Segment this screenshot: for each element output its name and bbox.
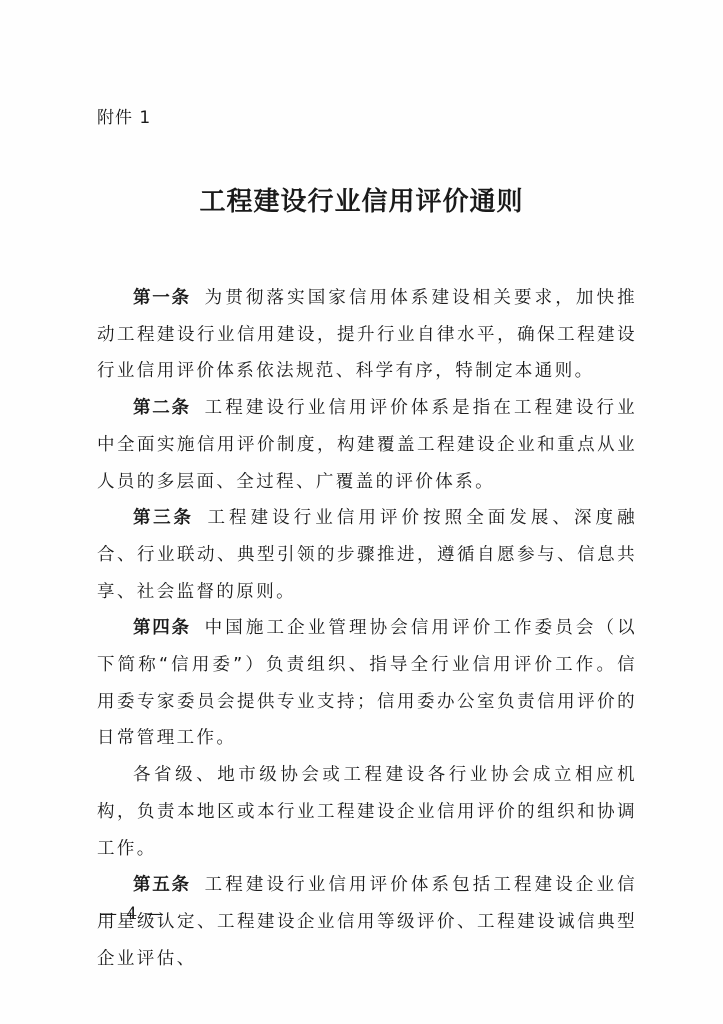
article-4: 第四条中国施工企业管理协会信用评价工作委员会（以下简称“信用委”）负责组织、指导… — [97, 610, 637, 757]
article-1: 第一条为贯彻落实国家信用体系建设相关要求，加快推动工程建设行业信用建设，提升行业… — [97, 280, 637, 390]
document-title: 工程建设行业信用评价通则 — [0, 181, 723, 218]
article-heading: 第五条 — [133, 875, 191, 895]
article-heading: 第一条 — [133, 288, 191, 308]
attachment-label: 附件 1 — [97, 103, 151, 128]
article-heading: 第四条 — [133, 618, 191, 638]
paragraph-text: 各省级、地市级协会或工程建设各行业协会成立相应机构，负责本地区或本行业工程建设企… — [97, 765, 637, 858]
article-5: 第五条工程建设行业信用评价体系包括工程建设企业信用星级认定、工程建设企业信用等级… — [97, 867, 637, 977]
article-heading: 第二条 — [133, 398, 191, 418]
article-4-continuation: 各省级、地市级协会或工程建设各行业协会成立相应机构，负责本地区或本行业工程建设企… — [97, 757, 637, 867]
article-3: 第三条工程建设行业信用评价按照全面发展、深度融合、行业联动、典型引领的步骤推进，… — [97, 500, 637, 610]
page-number: — 4 — — [100, 904, 166, 924]
document-page: 附件 1 工程建设行业信用评价通则 第一条为贯彻落实国家信用体系建设相关要求，加… — [0, 0, 723, 1024]
document-body: 第一条为贯彻落实国家信用体系建设相关要求，加快推动工程建设行业信用建设，提升行业… — [97, 280, 637, 977]
article-heading: 第三条 — [133, 508, 193, 528]
article-2: 第二条工程建设行业信用评价体系是指在工程建设行业中全面实施信用评价制度，构建覆盖… — [97, 390, 637, 500]
